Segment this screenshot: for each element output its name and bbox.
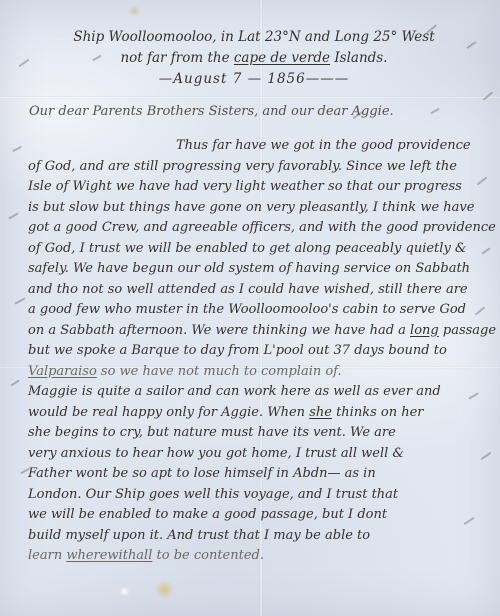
letter-body: Thus far have we got in the good provide… bbox=[28, 136, 476, 567]
letter-line-underlined: she bbox=[309, 405, 332, 420]
letter-line: London. Our Ship goes well this voyage, … bbox=[28, 485, 476, 506]
ink-bleedthrough-mark bbox=[475, 306, 485, 315]
letter-line: learn wherewithall to be contented. bbox=[28, 546, 476, 567]
letter-line: of God, and are still progressing very f… bbox=[28, 157, 476, 178]
heading-location-post: Islands. bbox=[330, 50, 387, 66]
letter-line: on a Sabbath afternoon. We were thinking… bbox=[28, 321, 476, 342]
stain-bottom bbox=[154, 581, 175, 598]
letter-line-underlined: long bbox=[410, 323, 439, 338]
letter-line-text: a good few who muster in the Woolloomool… bbox=[28, 302, 466, 317]
letter-line-text: she begins to cry, but nature must have … bbox=[28, 425, 396, 440]
letter-line: she begins to cry, but nature must have … bbox=[28, 423, 476, 444]
letter-line: a good few who muster in the Woolloomool… bbox=[28, 300, 476, 321]
letter-line: Maggie is quite a sailor and can work he… bbox=[28, 382, 476, 403]
letter-line: very anxious to hear how you got home, I… bbox=[28, 444, 476, 465]
ink-bleedthrough-mark bbox=[466, 41, 476, 49]
ink-bleedthrough-mark bbox=[12, 146, 22, 152]
letter-line-text: learn bbox=[28, 548, 66, 563]
letter-line: Valparaiso so we have not much to compla… bbox=[28, 362, 476, 383]
ink-bleedthrough-mark bbox=[19, 59, 30, 68]
heading-location: not far from the cape de verde Islands. bbox=[58, 50, 450, 66]
letter-line-text: to be contented. bbox=[152, 548, 264, 563]
letter-line: is but slow but things have gone on very… bbox=[28, 198, 476, 219]
letter-line-underlined: Valparaiso bbox=[28, 364, 97, 379]
letter-line: safely. We have begun our old system of … bbox=[28, 259, 476, 280]
ink-bleedthrough-mark bbox=[481, 452, 492, 461]
letter-line-text: Father wont be so apt to lose himself in… bbox=[28, 466, 376, 481]
heading-location-pre: not far from the bbox=[120, 50, 233, 66]
letter-line-underlined: wherewithall bbox=[66, 548, 152, 563]
letter-line-text: and tho not so well attended as I could … bbox=[28, 282, 468, 297]
letter-line-text: would be real happy only for Aggie. When bbox=[28, 405, 309, 420]
heading-date-text: —August 7 — 1856——— bbox=[159, 71, 349, 87]
fold-crease-horizontal-upper bbox=[0, 96, 500, 99]
letter-line: would be real happy only for Aggie. When… bbox=[28, 403, 476, 424]
heading-date: —August 7 — 1856——— bbox=[58, 71, 450, 87]
letter-line: Isle of Wight we have had very light wea… bbox=[28, 177, 476, 198]
ink-bleedthrough-mark bbox=[481, 247, 490, 254]
letter-line-text: very anxious to hear how you got home, I… bbox=[28, 446, 404, 461]
stain-top bbox=[128, 6, 141, 16]
letter-line-text: but we spoke a Barque to day from L'pool… bbox=[28, 343, 447, 358]
letter-line-text: so we have not much to complain of. bbox=[97, 364, 342, 379]
letter-line: we will be enabled to make a good passag… bbox=[28, 505, 476, 526]
ink-bleedthrough-mark bbox=[8, 212, 19, 219]
letter-line-text: thinks on her bbox=[332, 405, 424, 420]
heading-ship-position: Ship Woolloomooloo, in Lat 23°N and Long… bbox=[58, 29, 450, 45]
letter-line-text: is but slow but things have gone on very… bbox=[28, 200, 474, 215]
letter-line: build myself upon it. And trust that I m… bbox=[28, 526, 476, 547]
ink-bleedthrough-mark bbox=[477, 177, 488, 186]
letter-line-text: London. Our Ship goes well this voyage, … bbox=[28, 487, 398, 502]
letter-line: Father wont be so apt to lose himself in… bbox=[28, 464, 476, 485]
letter-line-text: Thus far have we got in the good provide… bbox=[176, 138, 471, 153]
letter-line-text: of God, I trust we will be enabled to ge… bbox=[28, 241, 467, 256]
letter-line: Thus far have we got in the good provide… bbox=[176, 136, 476, 157]
letter-line: but we spoke a Barque to day from L'pool… bbox=[28, 341, 476, 362]
letter-line-text: of God, and are still progressing very f… bbox=[28, 159, 457, 174]
ink-bleedthrough-mark bbox=[430, 108, 440, 115]
letter-line-text: we will be enabled to make a good passag… bbox=[28, 507, 387, 522]
letter-line-text: passage bbox=[439, 323, 496, 338]
letter-line: of God, I trust we will be enabled to ge… bbox=[28, 239, 476, 260]
letter-line-text: on a Sabbath afternoon. We were thinking… bbox=[28, 323, 410, 338]
ink-bleedthrough-mark bbox=[10, 380, 20, 387]
heading-ship-position-text: Ship Woolloomooloo, in Lat 23°N and Long… bbox=[73, 29, 434, 45]
letter-line-text: safely. We have begun our old system of … bbox=[28, 261, 470, 276]
letter-line: and tho not so well attended as I could … bbox=[28, 280, 476, 301]
salutation-text: Our dear Parents Brothers Sisters, and o… bbox=[29, 104, 394, 119]
stain-white-spot bbox=[119, 587, 130, 596]
ink-bleedthrough-mark bbox=[14, 297, 26, 304]
letter-page: Ship Woolloomooloo, in Lat 23°N and Long… bbox=[0, 0, 500, 616]
heading-location-underlined: cape de verde bbox=[234, 50, 330, 66]
letter-line-text: got a good Crew, and agreeable officers,… bbox=[28, 220, 496, 235]
letter-line-text: build myself upon it. And trust that I m… bbox=[28, 528, 370, 543]
letter-line: got a good Crew, and agreeable officers,… bbox=[28, 218, 476, 239]
letter-line-text: Maggie is quite a sailor and can work he… bbox=[28, 384, 441, 399]
salutation: Our dear Parents Brothers Sisters, and o… bbox=[29, 104, 394, 119]
letter-line-text: Isle of Wight we have had very light wea… bbox=[28, 179, 462, 194]
